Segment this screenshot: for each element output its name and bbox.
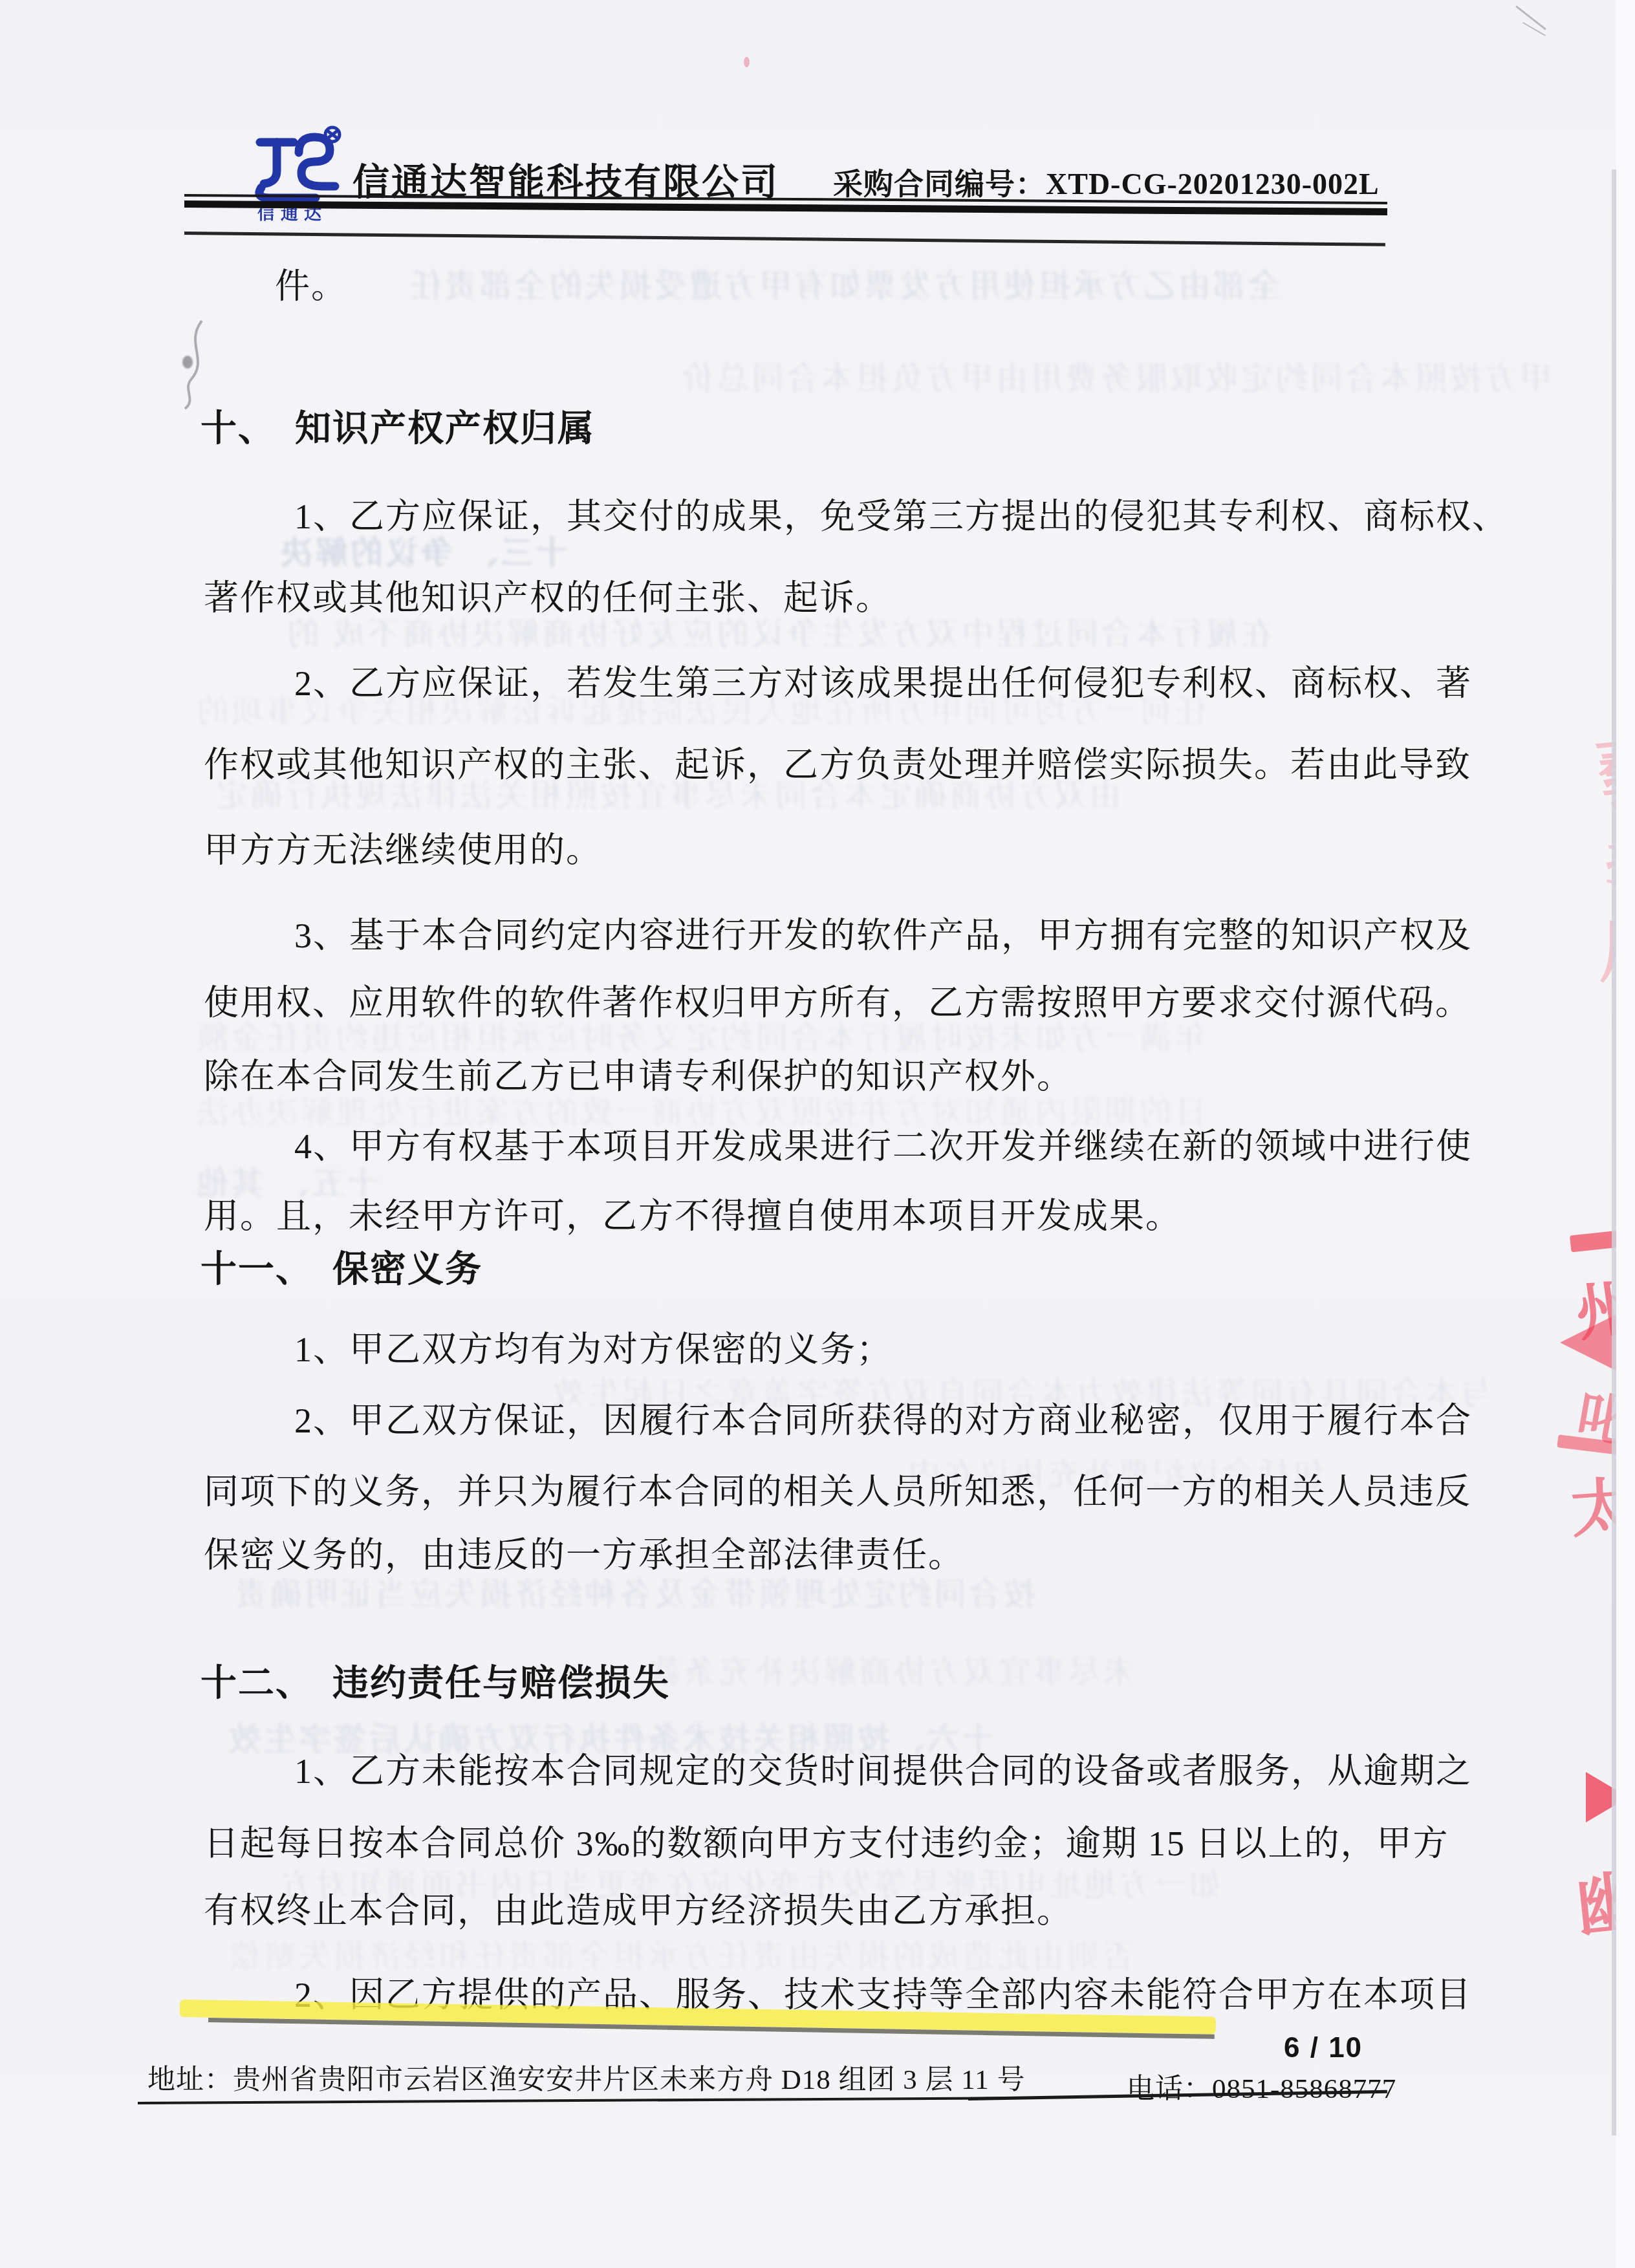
red-stamp-fragment — [1560, 1313, 1619, 1372]
page-edge-shadow — [1612, 169, 1616, 2135]
scan-speck — [744, 57, 750, 67]
page-edge-margin — [1616, 0, 1635, 2268]
stamp-layer: 藝扎肩州叱太幽 — [0, 0, 1635, 2268]
scanned-contract-page: 全部由乙方承担使用方发票如有甲方遭受损失的全部责任甲方按照本合同约定收取服务费用… — [0, 0, 1635, 2268]
pencil-squiggle — [175, 317, 220, 417]
